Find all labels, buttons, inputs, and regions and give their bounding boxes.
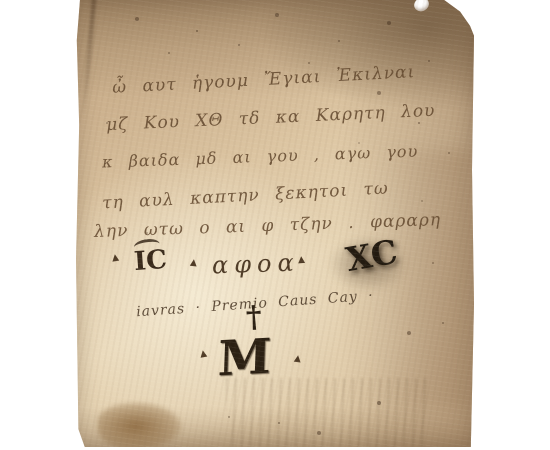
triangle-mark-icon: ▲ [199,349,207,359]
paper-hole [412,0,431,13]
triangle-mark-icon: ▲ [293,355,301,365]
bottom-streak-stain [226,378,426,447]
manuscript-photo: ὦ αυτ ἡγουμ Ἔγιαι Ἐκιλναι μζ Κου ΧΘ τδ κ… [76,0,474,447]
right-edge-stain [376,150,474,410]
handwriting-line-2: μζ Κου ΧΘ τδ κα Καρητη λου [106,101,436,135]
triangle-mark-icon: ▲ [298,256,306,265]
triangle-mark-icon: ▲ [111,254,119,264]
triangle-mark-icon: ▲ [190,259,198,269]
handwriting-line-4: τη αυλ καπτην ξεκητοι τω [102,179,390,214]
m-monogram: M [217,329,270,388]
greek-numeral-date: αφοα [212,248,301,279]
handwriting-line-1: ὦ αυτ ἡγουμ Ἔγιαι Ἐκιλναι [112,62,416,98]
christogram-ic: IC [133,245,168,277]
ink-speckles [76,0,78,2]
bottom-left-stain [98,402,182,450]
crease-stain [82,0,97,119]
handwriting-line-3: κ βαιδα μδ αι γου , αγω γου [102,141,419,171]
christogram-xc: XC [343,232,400,279]
photo-canvas: ὦ αυτ ἡγουμ Ἔγιαι Ἐκιλναι μζ Κου ΧΘ τδ κ… [0,0,550,450]
